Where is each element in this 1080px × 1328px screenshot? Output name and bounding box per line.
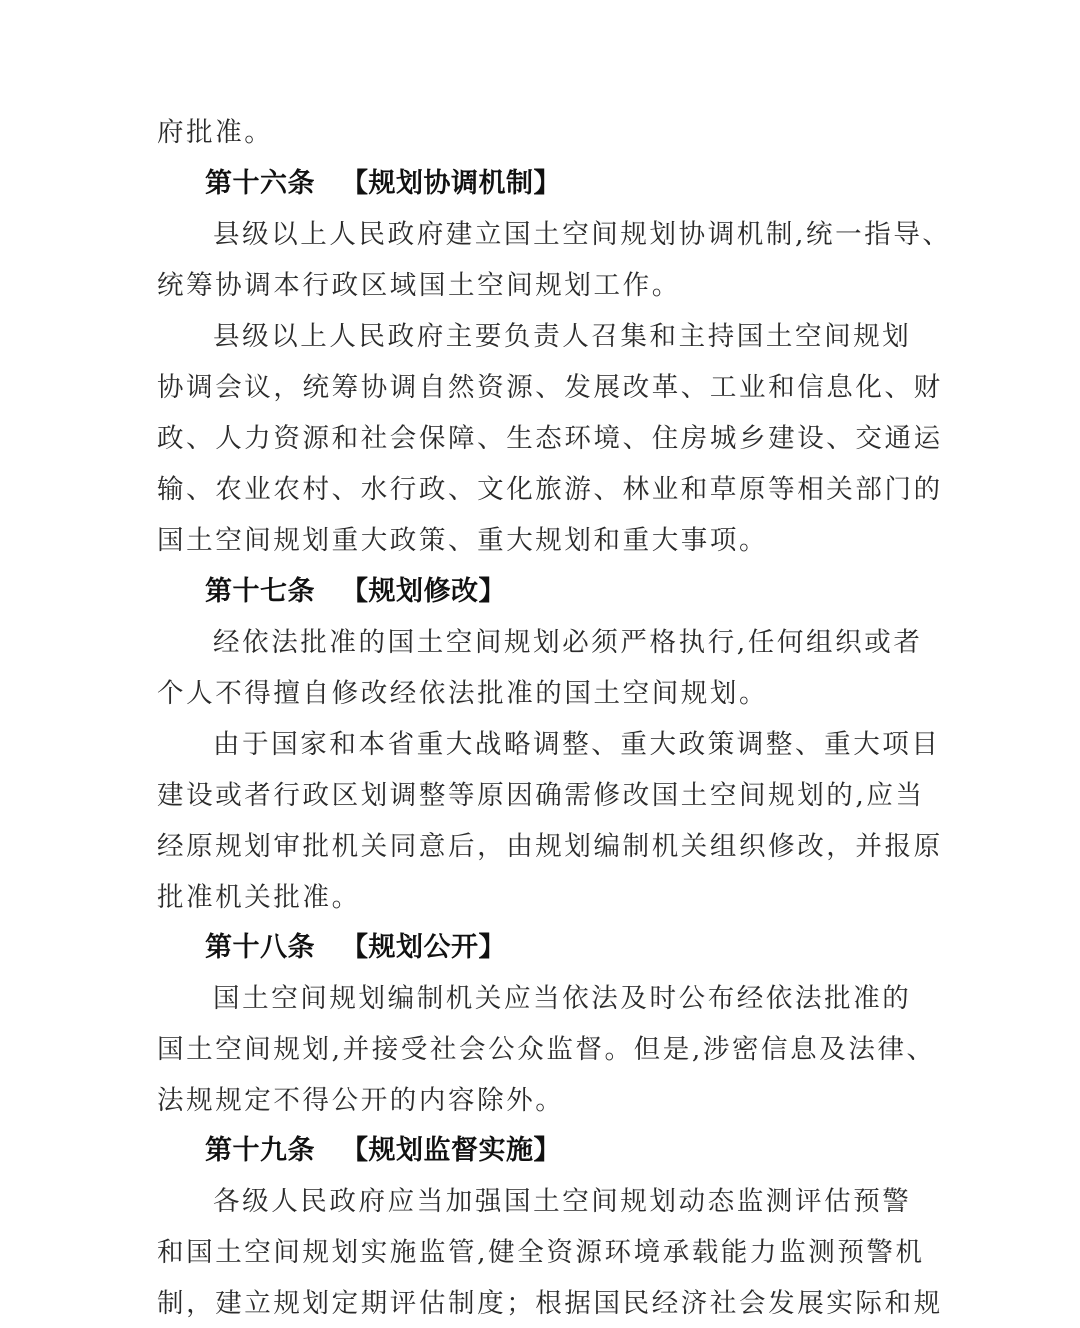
continuation-line: 府批准。 xyxy=(157,107,927,158)
article-17-heading: 第十七条【规划修改】 xyxy=(205,566,975,617)
article-title: 【规划协调机制】 xyxy=(341,168,561,199)
article-number: 第十六条 xyxy=(205,158,315,209)
paragraph-line: 政、人力资源和社会保障、生态环境、住房城乡建设、交通运 xyxy=(157,413,927,464)
paragraph-line: 县级以上人民政府主要负责人召集和主持国土空间规划 xyxy=(213,311,933,362)
article-title: 【规划监督实施】 xyxy=(341,1135,561,1166)
document-page: 府批准。 第十六条【规划协调机制】 县级以上人民政府建立国土空间规划协调机制,统… xyxy=(0,0,1080,1328)
article-title: 【规划公开】 xyxy=(341,932,506,963)
paragraph-line: 经依法批准的国土空间规划必须严格执行,任何组织或者 xyxy=(213,617,933,668)
paragraph-line: 由于国家和本省重大战略调整、重大政策调整、重大项目 xyxy=(213,719,933,770)
paragraph-line: 制，建立规划定期评估制度；根据国民经济社会发展实际和规 xyxy=(157,1278,927,1328)
article-19-heading: 第十九条【规划监督实施】 xyxy=(205,1125,975,1176)
article-number: 第十七条 xyxy=(205,566,315,617)
paragraph-line: 国土空间规划,并接受社会公众监督。但是,涉密信息及法律、 xyxy=(157,1024,927,1075)
paragraph-line: 和国土空间规划实施监管,健全资源环境承载能力监测预警机 xyxy=(157,1227,927,1278)
article-number: 第十九条 xyxy=(205,1125,315,1176)
paragraph-line: 协调会议，统筹协调自然资源、发展改革、工业和信息化、财 xyxy=(157,362,927,413)
paragraph-line: 建设或者行政区划调整等原因确需修改国土空间规划的,应当 xyxy=(157,770,927,821)
paragraph-line: 输、农业农村、水行政、文化旅游、林业和草原等相关部门的 xyxy=(157,464,927,515)
article-16-heading: 第十六条【规划协调机制】 xyxy=(205,158,975,209)
article-18-heading: 第十八条【规划公开】 xyxy=(205,922,975,973)
paragraph-line: 经原规划审批机关同意后，由规划编制机关组织修改，并报原 xyxy=(157,821,927,872)
paragraph-line: 个人不得擅自修改经依法批准的国土空间规划。 xyxy=(157,668,927,719)
paragraph-line: 法规规定不得公开的内容除外。 xyxy=(157,1075,927,1126)
paragraph-line: 各级人民政府应当加强国土空间规划动态监测评估预警 xyxy=(213,1176,933,1227)
paragraph-line: 县级以上人民政府建立国土空间规划协调机制,统一指导、 xyxy=(213,209,933,260)
paragraph-line: 批准机关批准。 xyxy=(157,872,927,923)
paragraph-line: 国土空间规划编制机关应当依法及时公布经依法批准的 xyxy=(213,973,933,1024)
article-number: 第十八条 xyxy=(205,922,315,973)
paragraph-line: 统筹协调本行政区域国土空间规划工作。 xyxy=(157,260,927,311)
article-title: 【规划修改】 xyxy=(341,576,506,607)
paragraph-line: 国土空间规划重大政策、重大规划和重大事项。 xyxy=(157,515,927,566)
